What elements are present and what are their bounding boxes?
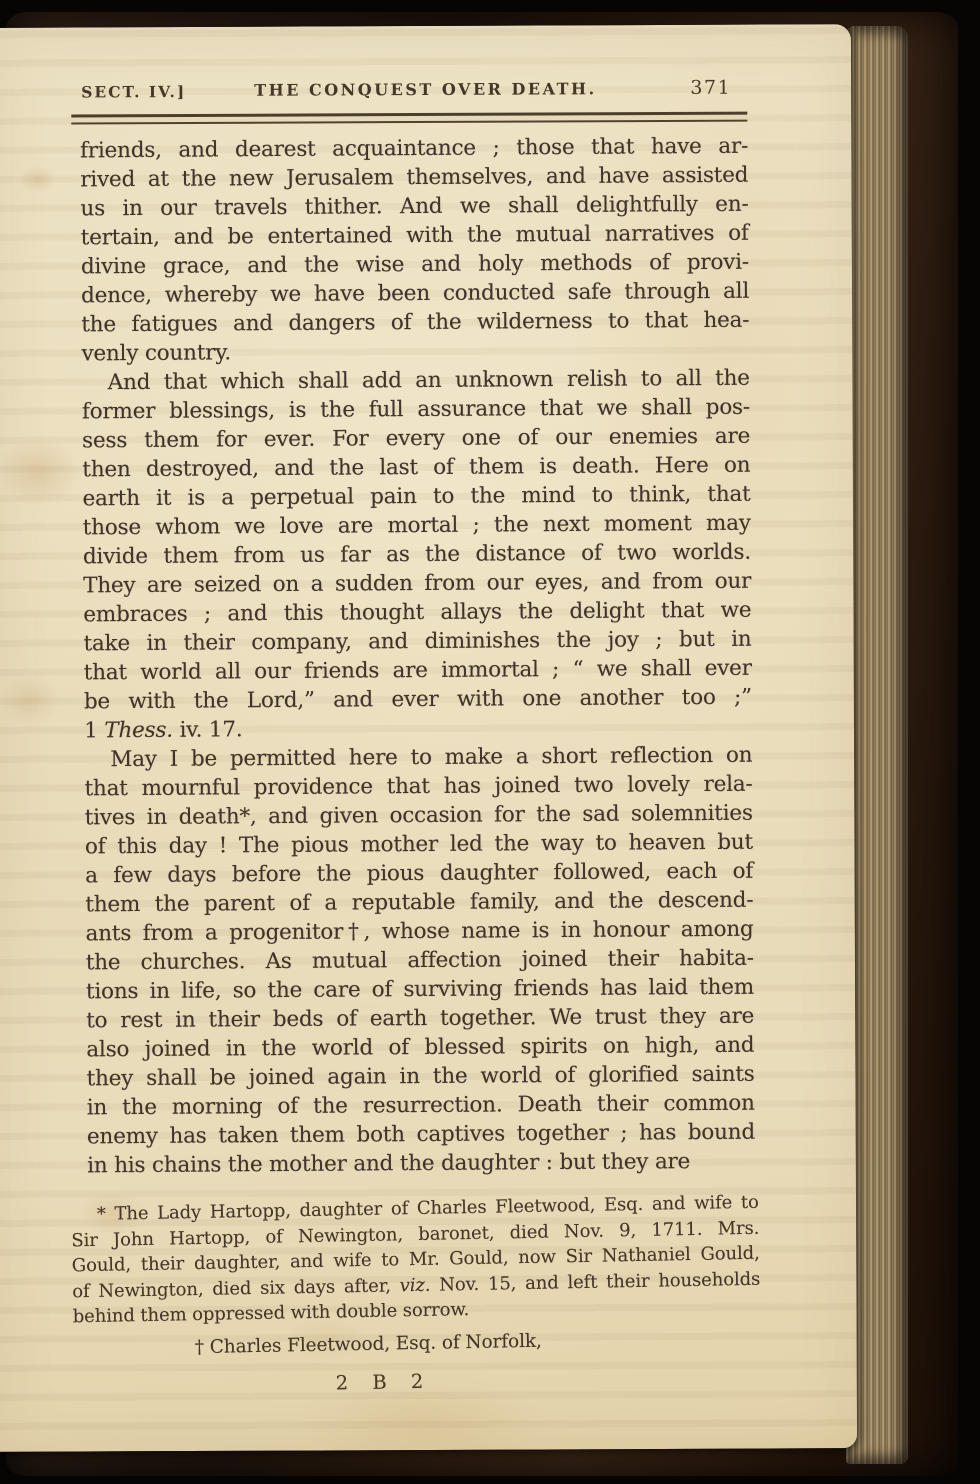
footnote-second: † Charles Fleetwood, Esq. of Norfolk, — [73, 1326, 663, 1362]
page-number: 371 — [690, 77, 731, 99]
text-line: that world all our friends are immortal … — [84, 654, 752, 688]
text-line: also joined in the world of blessed spir… — [86, 1031, 754, 1065]
text-line: 1 Thess. iv. 17. — [84, 712, 752, 746]
text-line: the fatigues and dangers of the wilderne… — [81, 306, 749, 340]
text-line: They are seized on a sudden from our eye… — [83, 567, 751, 601]
text-line: in the morning of the resurrection. Deat… — [87, 1089, 755, 1123]
text-line: And that which shall add an unknown reli… — [82, 364, 750, 398]
text-line: us in our travels thither. And we shall … — [80, 190, 748, 224]
paragraph: And that which shall add an unknown reli… — [82, 364, 753, 746]
section-label: SECT. IV.] — [81, 82, 186, 101]
paragraph: friends, and dearest acquaintance ; thos… — [80, 132, 750, 369]
text-line: May I be permitted here to make a short … — [84, 741, 752, 775]
text-line: divine grace, and the wise and holy meth… — [81, 248, 749, 282]
text-line: to rest in their beds of earth together.… — [86, 1002, 754, 1036]
running-header: SECT. IV.] THE CONQUEST OVER DEATH. 371 — [81, 77, 749, 108]
paragraph: May I be permitted here to make a short … — [84, 741, 755, 1181]
text-line: friends, and dearest acquaintance ; thos… — [80, 132, 748, 166]
text-line: the churches. As mutual affection joined… — [86, 944, 754, 978]
book-page: SECT. IV.] THE CONQUEST OVER DEATH. 371 … — [0, 24, 857, 1452]
text-line: sess them for ever. For every one of our… — [82, 422, 750, 456]
text-line: divide them from us far as the distance … — [83, 538, 751, 572]
text-line: rived at the new Jerusalem themselves, a… — [80, 161, 748, 195]
text-line: in his chains the mother and the daughte… — [87, 1147, 755, 1181]
header-double-rule — [71, 112, 747, 125]
text-line: be with the Lord,” and ever with one ano… — [84, 683, 752, 717]
text-line: them the parent of a reputable family, a… — [85, 886, 753, 920]
text-line: venly country. — [81, 335, 749, 369]
footnote-area: * The Lady Hartopp, daughter of Charles … — [71, 1190, 763, 1401]
running-title: THE CONQUEST OVER DEATH. — [254, 79, 597, 99]
text-line: then destroyed, and the last of them is … — [82, 451, 750, 485]
body-text: friends, and dearest acquaintance ; thos… — [80, 132, 755, 1181]
text-line: ants from a progenitor†, whose name is i… — [85, 915, 753, 949]
text-line: embraces ; and this thought allays the d… — [83, 596, 751, 630]
text-line: dence, whereby we have been conducted sa… — [81, 277, 749, 311]
text-line: tives in death*, and given occasion for … — [85, 799, 753, 833]
text-line: they shall be joined again in the world … — [86, 1060, 754, 1094]
text-line: a few days before the pious daughter fol… — [85, 857, 753, 891]
text-line: tions in life, so the care of surviving … — [86, 973, 754, 1007]
scanned-book-photo: SECT. IV.] THE CONQUEST OVER DEATH. 371 … — [0, 0, 980, 1484]
text-line: former blessings, is the full assurance … — [82, 393, 750, 427]
footnote-first: * The Lady Hartopp, daughter of Charles … — [71, 1190, 761, 1330]
text-line: tertain, and be entertained with the mut… — [81, 219, 749, 253]
text-line: that mournful providence that has joined… — [84, 770, 752, 804]
text-line: enemy has taken them both captives toget… — [87, 1118, 755, 1152]
text-line: earth it is a perpetual pain to the mind… — [82, 480, 750, 514]
text-line: those whom we love are mortal ; the next… — [83, 509, 751, 543]
text-line: take in their company, and diminishes th… — [83, 625, 751, 659]
signature-mark: 2 B 2 — [74, 1364, 694, 1401]
paragraph: * The Lady Hartopp, daughter of Charles … — [71, 1190, 761, 1330]
text-line: of this day ! The pious mother led the w… — [85, 828, 753, 862]
